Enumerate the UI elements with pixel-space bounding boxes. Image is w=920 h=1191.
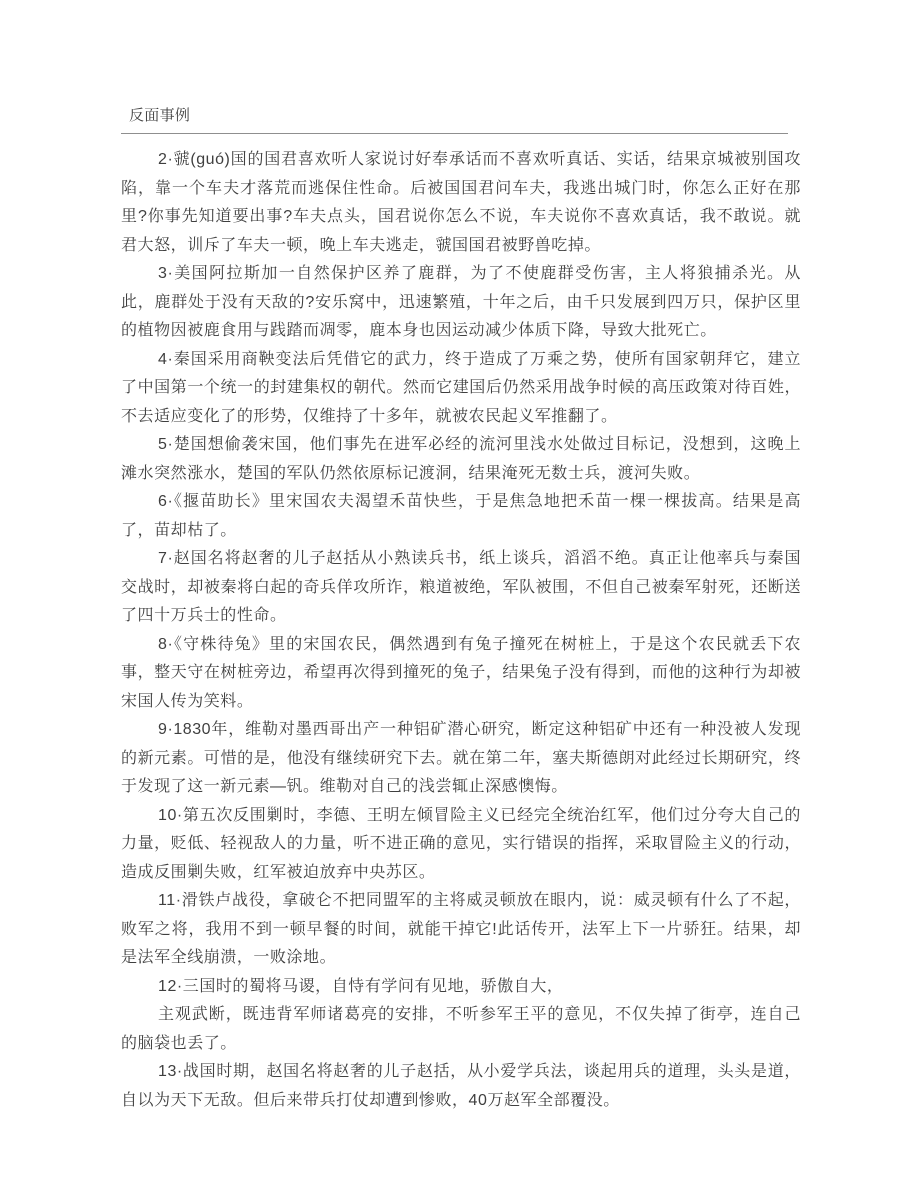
document-body: 2·虢(guó)国的国君喜欢听人家说讨好奉承话而不喜欢听真话、实话，结果京城被别… [121,146,801,1115]
paragraph: 12·三国时的蜀将马谡，自恃有学问有见地，骄傲自大， [121,973,801,1002]
paragraph: 6·《揠苗助长》里宋国农夫渴望禾苗快些，于是焦急地把禾苗一棵一棵拔高。结果是高了… [121,488,801,545]
title-divider [121,133,788,134]
paragraph: 主观武断，既违背军师诸葛亮的安排，不听参军王平的意见，不仅失掉了街亭，连自己的脑… [121,1001,801,1058]
paragraph: 13·战国时期，赵国名将赵奢的儿子赵括，从小爱学兵法，谈起用兵的道理，头头是道，… [121,1058,801,1115]
paragraph: 10·第五次反围剿时，李德、王明左倾冒险主义已经完全统治红军，他们过分夸大自己的… [121,802,801,888]
paragraph: 11·滑铁卢战役，拿破仑不把同盟军的主将威灵顿放在眼内，说：威灵顿有什么了不起，… [121,887,801,973]
paragraph: 9·1830年，维勒对墨西哥出产一种铝矿潜心研究，断定这种铝矿中还有一种没被人发… [121,716,801,802]
paragraph: 7·赵国名将赵奢的儿子赵括从小熟读兵书，纸上谈兵，滔滔不绝。真正让他率兵与秦国交… [121,545,801,631]
paragraph: 3·美国阿拉斯加一自然保护区养了鹿群，为了不使鹿群受伤害，主人将狼捕杀光。从此，… [121,260,801,346]
paragraph: 5·楚国想偷袭宋国，他们事先在进军必经的流河里浅水处做过目标记，没想到，这晚上滩… [121,431,801,488]
paragraph: 2·虢(guó)国的国君喜欢听人家说讨好奉承话而不喜欢听真话、实话，结果京城被别… [121,146,801,260]
paragraph: 8·《守株待兔》里的宋国农民，偶然遇到有兔子撞死在树桩上，于是这个农民就丢下农事… [121,631,801,717]
paragraph: 4·秦国采用商鞅变法后凭借它的武力，终于造成了万乘之势，使所有国家朝拜它，建立了… [121,346,801,432]
page-title: 反面事例 [129,104,801,128]
document-page: 反面事例 2·虢(guó)国的国君喜欢听人家说讨好奉承话而不喜欢听真话、实话，结… [121,104,801,1115]
